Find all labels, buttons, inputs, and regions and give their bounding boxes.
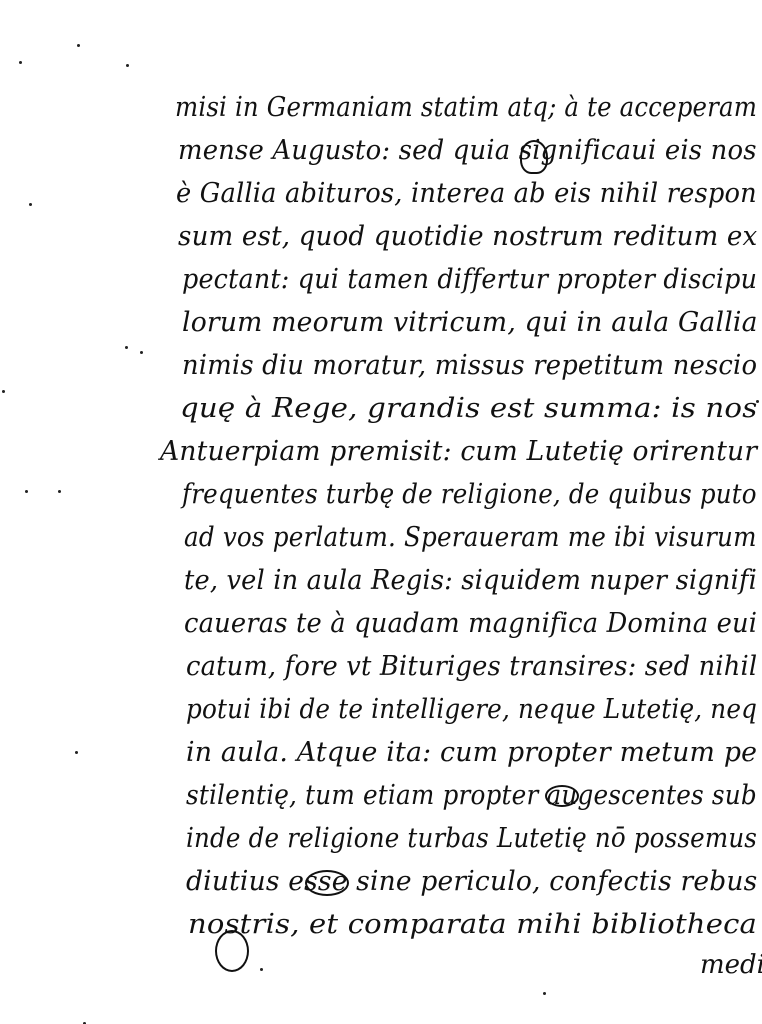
ink-speck [58, 490, 61, 493]
manuscript-line-16: in aula. Atque ita: cum propter metum pe [186, 737, 757, 768]
ink-speck [543, 992, 546, 995]
manuscript-line-13: caueras te à quadam magnifica Domina eui [184, 608, 757, 639]
ink-speck [2, 390, 5, 393]
ink-speck [29, 203, 32, 206]
manuscript-line-8: quę à Rege, grandis est summa: is nos [180, 393, 757, 424]
manuscript-line-7: nimis diu moratur, missus repetitum nesc… [182, 350, 757, 381]
catchword: medi [700, 950, 762, 980]
manuscript-line-1: misi in Germaniam statim atq; à te accep… [175, 92, 757, 123]
ink-speck [260, 968, 263, 971]
manuscript-line-18: inde de religione turbas Lutetię nō poss… [186, 823, 757, 854]
manuscript-line-17: stilentię, tum etiam propter augescentes… [186, 780, 757, 811]
manuscript-line-2: mense Augusto: sed quia significaui eis … [178, 135, 757, 166]
manuscript-line-9: Antuerpiam premisit: cum Lutetię orirent… [160, 436, 757, 467]
ink-flourish [520, 140, 548, 174]
manuscript-line-19: diutius esse sine periculo, confectis re… [186, 866, 757, 897]
manuscript-line-20: nostris, et comparata mihi bibliotheca [188, 909, 757, 940]
ink-speck [125, 346, 128, 349]
manuscript-line-3: è Gallia abituros, interea ab eis nihil … [176, 178, 757, 209]
ink-speck [756, 400, 759, 403]
ink-speck [77, 44, 80, 47]
ink-flourish [215, 930, 249, 972]
ink-flourish [305, 870, 349, 896]
ink-speck [19, 61, 22, 64]
manuscript-line-4: sum est, quod quotidie nostrum reditum e… [178, 221, 757, 252]
ink-speck [126, 64, 129, 67]
manuscript-line-5: pectant: qui tamen differtur propter dis… [182, 264, 757, 295]
manuscript-line-6: lorum meorum vitricum, qui in aula Galli… [182, 307, 758, 338]
manuscript-line-14: catum, fore vt Bituriges transires: sed … [186, 651, 757, 682]
ink-flourish [545, 785, 579, 807]
manuscript-line-15: potui ibi de te intelligere, neque Lutet… [186, 694, 757, 725]
manuscript-line-11: ad vos perlatum. Speraueram me ibi visur… [184, 522, 757, 553]
ink-speck [25, 490, 28, 493]
manuscript-page: misi in Germaniam statim atq; à te accep… [0, 0, 762, 1024]
handwritten-text-block: misi in Germaniam statim atq; à te accep… [0, 0, 762, 1024]
ink-speck [75, 751, 78, 754]
ink-speck [140, 351, 143, 354]
manuscript-line-10: frequentes turbę de religione, de quibus… [182, 479, 757, 510]
manuscript-line-12: te, vel in aula Regis: siquidem nuper si… [184, 565, 757, 596]
